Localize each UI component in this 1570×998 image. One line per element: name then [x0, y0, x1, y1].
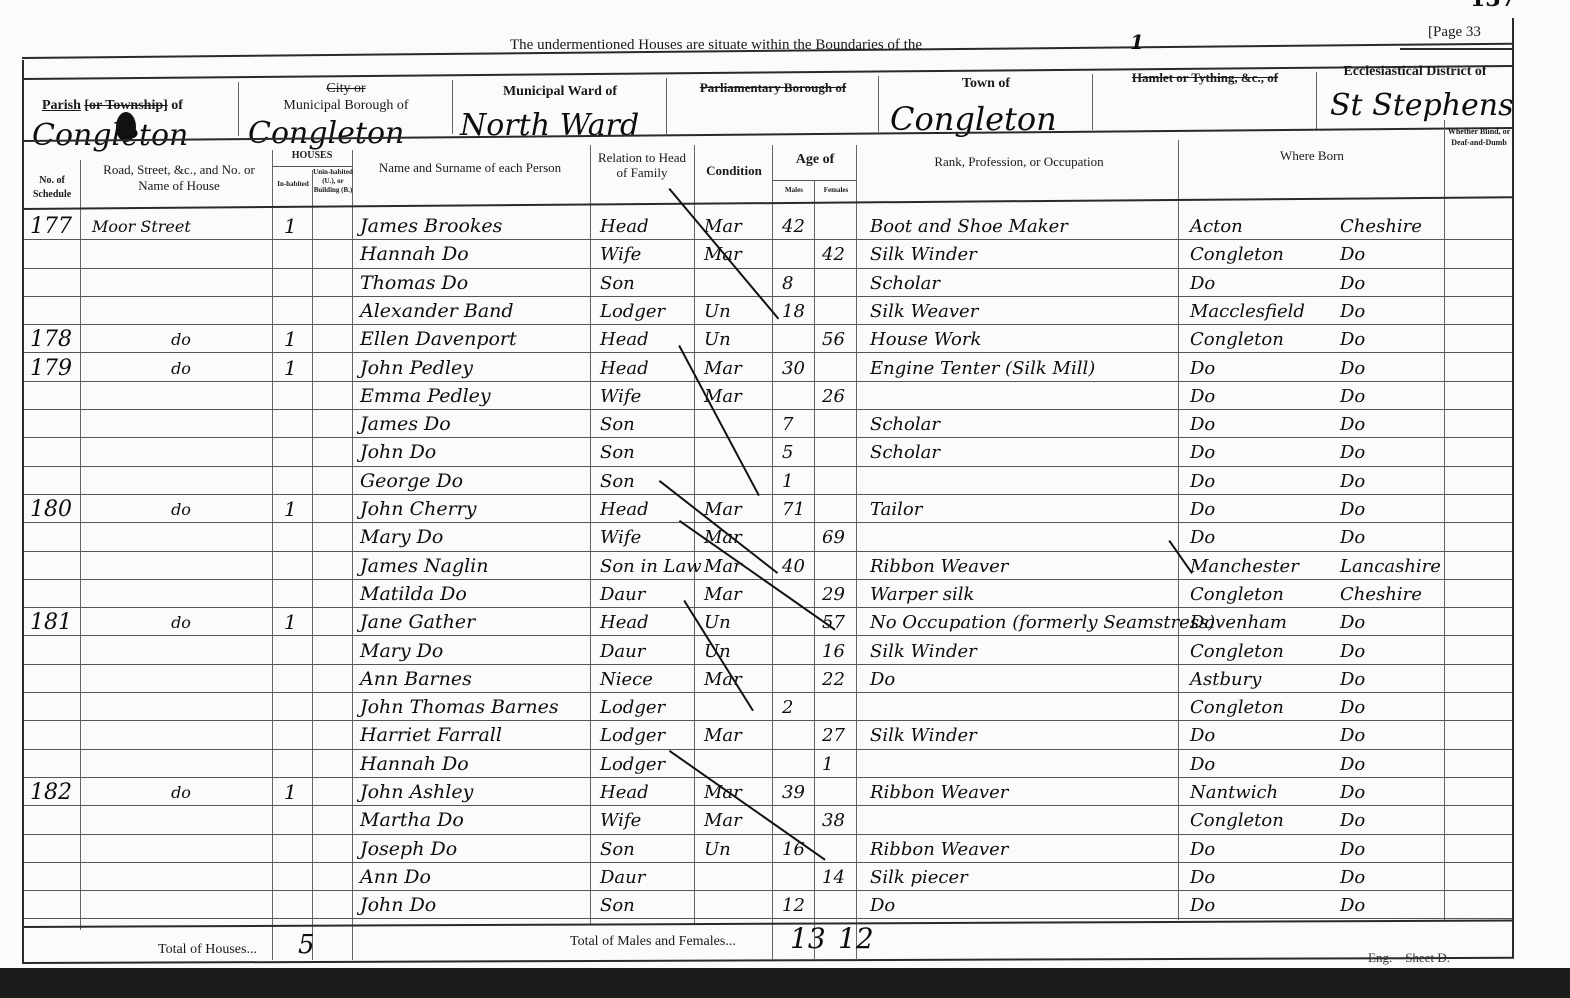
cell-relation: Head — [600, 496, 692, 523]
cell-born-place: Do — [1190, 751, 1340, 778]
cell-road — [92, 694, 270, 721]
cell-name: Jane Gather — [360, 609, 588, 636]
cell-condition: Un — [704, 609, 770, 636]
cell-inhabited — [284, 270, 310, 297]
row-rule — [24, 749, 1512, 750]
table-row: James DoSon7ScholarDoDo — [0, 411, 1570, 438]
cell-condition: Mar — [704, 355, 770, 382]
cell-female-age: 26 — [822, 383, 854, 410]
cell-occupation: Silk piecer — [870, 864, 1176, 891]
table-row: James NaglinSon in LawMar40Ribbon Weaver… — [0, 553, 1570, 580]
cell-born-place: Congleton — [1190, 241, 1340, 268]
row-rule — [24, 296, 1512, 297]
cell-inhabited — [284, 751, 310, 778]
cell-schedule — [30, 581, 80, 608]
cell-condition — [704, 892, 770, 919]
cell-name: Alexander Band — [360, 298, 588, 325]
cell-name: Ann Barnes — [360, 666, 588, 693]
cell-female-age — [822, 836, 854, 863]
cell-relation: Daur — [600, 638, 692, 665]
cell-relation: Head — [600, 609, 692, 636]
cell-inhabited — [284, 439, 310, 466]
cell-born-county: Do — [1340, 892, 1444, 919]
cell-female-age: 14 — [822, 864, 854, 891]
cell-schedule: 180 — [30, 496, 80, 523]
cell-condition: Mar — [704, 722, 770, 749]
table-row: 182do1John AshleyHeadMar39Ribbon WeaverN… — [0, 779, 1570, 806]
cell-born-place: Do — [1190, 524, 1340, 551]
total-persons-label: Total of Males and Females... — [570, 934, 736, 950]
cell-road: do — [92, 779, 270, 806]
cell-occupation: Silk Weaver — [870, 298, 1176, 325]
cell-road — [92, 439, 270, 466]
cell-born-county: Do — [1340, 383, 1444, 410]
cell-relation: Wife — [600, 807, 692, 834]
cell-born-place: Nantwich — [1190, 779, 1340, 806]
cell-inhabited — [284, 694, 310, 721]
cell-name: John Thomas Barnes — [360, 694, 588, 721]
cell-name: Thomas Do — [360, 270, 588, 297]
cell-born-county: Lancashire — [1340, 553, 1444, 580]
cell-road: do — [92, 355, 270, 382]
cell-born-place: Do — [1190, 468, 1340, 495]
cell-schedule — [30, 270, 80, 297]
col-age: Age of — [774, 152, 856, 168]
cell-male-age: 40 — [782, 553, 812, 580]
folio-number: 137 — [1470, 0, 1516, 12]
cell-condition: Mar — [704, 524, 770, 551]
table-row: Alexander BandLodgerUn18Silk WeaverMaccl… — [0, 298, 1570, 325]
table-row: Ann BarnesNieceMar22DoAstburyDo — [0, 666, 1570, 693]
row-rule — [24, 890, 1512, 891]
cell-condition: Un — [704, 836, 770, 863]
cell-schedule — [30, 751, 80, 778]
cell-schedule: 182 — [30, 779, 80, 806]
parliamentary-label: Parliamentary Borough of — [668, 80, 878, 96]
cell-female-age — [822, 779, 854, 806]
cell-born-county: Do — [1340, 326, 1444, 353]
parish-label-a: Parish — [42, 98, 81, 113]
cell-condition: Mar — [704, 213, 770, 240]
cell-relation: Son — [600, 270, 692, 297]
row-rule — [24, 834, 1512, 835]
cell-male-age — [782, 638, 812, 665]
cell-road — [92, 638, 270, 665]
cell-schedule — [30, 298, 80, 325]
cell-relation: Head — [600, 355, 692, 382]
cell-occupation — [870, 383, 1176, 410]
cell-born-place: Congleton — [1190, 581, 1340, 608]
cell-schedule — [30, 241, 80, 268]
parish-label-struck: [or Township] — [84, 98, 167, 113]
cell-born-county: Do — [1340, 836, 1444, 863]
row-rule — [24, 635, 1512, 636]
totals-rule — [22, 919, 1512, 928]
cell-relation: Daur — [600, 864, 692, 891]
cell-condition — [704, 411, 770, 438]
column-header-rule — [22, 196, 1512, 210]
cell-name: Harriet Farrall — [360, 722, 588, 749]
cell-inhabited: 1 — [284, 326, 310, 353]
cell-name: Emma Pedley — [360, 383, 588, 410]
cell-female-age: 38 — [822, 807, 854, 834]
cell-name: James Brookes — [360, 213, 588, 240]
col-blind: Whether Blind, or Deaf-and-Dumb — [1446, 126, 1512, 148]
cell-schedule — [30, 892, 80, 919]
row-rule — [24, 409, 1512, 410]
cell-female-age: 69 — [822, 524, 854, 551]
cell-name: Ann Do — [360, 864, 588, 891]
cell-condition — [704, 694, 770, 721]
cell-occupation: Ribbon Weaver — [870, 779, 1176, 806]
table-row: Harriet FarrallLodgerMar27Silk WinderDoD… — [0, 722, 1570, 749]
row-rule — [24, 607, 1512, 608]
table-row: John DoSon5ScholarDoDo — [0, 439, 1570, 466]
total-houses-value: 5 — [298, 930, 315, 960]
divider — [878, 76, 879, 132]
cell-schedule — [30, 468, 80, 495]
cell-road — [92, 666, 270, 693]
cell-occupation: Scholar — [870, 270, 1176, 297]
cell-born-county: Do — [1340, 241, 1444, 268]
cell-occupation: Silk Winder — [870, 638, 1176, 665]
row-rule — [24, 324, 1512, 325]
cell-born-county: Do — [1340, 411, 1444, 438]
cell-road — [92, 751, 270, 778]
cell-male-age: 8 — [782, 270, 812, 297]
page-label-underline — [1400, 48, 1512, 50]
row-rule — [24, 381, 1512, 382]
divider — [666, 78, 667, 134]
cell-condition: Mar — [704, 581, 770, 608]
row-rule — [24, 522, 1512, 523]
cell-female-age: 42 — [822, 241, 854, 268]
cell-male-age: 42 — [782, 213, 812, 240]
cell-born-place: Manchester — [1190, 553, 1340, 580]
cell-born-place: Congleton — [1190, 638, 1340, 665]
cell-occupation — [870, 694, 1176, 721]
cell-condition — [704, 751, 770, 778]
cell-name: John Cherry — [360, 496, 588, 523]
cell-born-place: Do — [1190, 864, 1340, 891]
cell-name: Mary Do — [360, 638, 588, 665]
cell-born-place: Congleton — [1190, 694, 1340, 721]
cell-female-age — [822, 553, 854, 580]
cell-occupation: Scholar — [870, 439, 1176, 466]
cell-inhabited — [284, 241, 310, 268]
cell-male-age: 7 — [782, 411, 812, 438]
cell-road: do — [92, 609, 270, 636]
cell-schedule — [30, 524, 80, 551]
cell-road — [92, 298, 270, 325]
cell-born-place: Do — [1190, 439, 1340, 466]
cell-name: Hannah Do — [360, 241, 588, 268]
form-footer: Eng.—Sheet D. — [1368, 950, 1450, 966]
page-title: The undermentioned Houses are situate wi… — [510, 37, 922, 54]
cell-inhabited: 1 — [284, 779, 310, 806]
schedule-mark: 1 — [1130, 30, 1144, 54]
cell-relation: Lodger — [600, 722, 692, 749]
cell-relation: Head — [600, 213, 692, 240]
cell-male-age: 12 — [782, 892, 812, 919]
town-label: Town of — [880, 76, 1092, 92]
cell-inhabited — [284, 411, 310, 438]
divider — [238, 82, 239, 136]
cell-born-place: Do — [1190, 836, 1340, 863]
cell-occupation: Boot and Shoe Maker — [870, 213, 1176, 240]
cell-inhabited — [284, 722, 310, 749]
cell-name: George Do — [360, 468, 588, 495]
cell-female-age — [822, 213, 854, 240]
cell-road: Moor Street — [92, 213, 270, 240]
cell-female-age — [822, 694, 854, 721]
cell-name: Hannah Do — [360, 751, 588, 778]
table-row: John Thomas BarnesLodger2CongletonDo — [0, 694, 1570, 721]
cell-road — [92, 468, 270, 495]
cell-road — [92, 411, 270, 438]
col-males: Males — [774, 186, 814, 194]
col-occupation: Rank, Profession, or Occupation — [860, 154, 1178, 170]
cell-road — [92, 892, 270, 919]
cell-born-county: Do — [1340, 638, 1444, 665]
row-rule — [24, 466, 1512, 467]
table-row: 177Moor Street1James BrookesHeadMar42Boo… — [0, 213, 1570, 240]
cell-born-county: Do — [1340, 468, 1444, 495]
cell-condition: Mar — [704, 241, 770, 268]
cell-inhabited: 1 — [284, 213, 310, 240]
ink-blot — [116, 112, 136, 142]
table-row: Ann DoDaur14Silk piecerDoDo — [0, 864, 1570, 891]
row-rule — [24, 862, 1512, 863]
cell-occupation — [870, 751, 1176, 778]
hamlet-label: Hamlet or Tything, &c., of — [1094, 70, 1316, 86]
cell-born-county: Do — [1340, 609, 1444, 636]
cell-male-age: 2 — [782, 694, 812, 721]
cell-condition: Mar — [704, 807, 770, 834]
cell-born-county: Do — [1340, 807, 1444, 834]
borough-label: City or Municipal Borough of — [240, 80, 452, 114]
cell-name: John Pedley — [360, 355, 588, 382]
cell-born-county: Do — [1340, 694, 1444, 721]
cell-condition — [704, 270, 770, 297]
cell-male-age — [782, 609, 812, 636]
cell-relation: Wife — [600, 524, 692, 551]
row-rule — [24, 437, 1512, 438]
cell-occupation: Tailor — [870, 496, 1176, 523]
cell-schedule — [30, 439, 80, 466]
row-rule — [24, 720, 1512, 721]
table-row: 181do1Jane GatherHeadUn57No Occupation (… — [0, 609, 1570, 636]
cell-inhabited — [284, 298, 310, 325]
cell-female-age — [822, 496, 854, 523]
cell-female-age — [822, 411, 854, 438]
cell-name: Ellen Davenport — [360, 326, 588, 353]
row-rule — [24, 777, 1512, 778]
table-row: 179do1John PedleyHeadMar30Engine Tenter … — [0, 355, 1570, 382]
cell-schedule — [30, 694, 80, 721]
cell-schedule: 177 — [30, 213, 80, 240]
cell-road — [92, 524, 270, 551]
parish-value: Congleton — [32, 118, 188, 153]
cell-relation: Son — [600, 439, 692, 466]
cell-occupation: Ribbon Weaver — [870, 553, 1176, 580]
cell-born-place: Acton — [1190, 213, 1340, 240]
cell-female-age — [822, 355, 854, 382]
table-row: Mary DoWifeMar69DoDo — [0, 524, 1570, 551]
cell-relation: Daur — [600, 581, 692, 608]
col-houses: HOUSES — [272, 150, 352, 161]
cell-born-place: Do — [1190, 722, 1340, 749]
cell-relation: Son — [600, 892, 692, 919]
cell-inhabited: 1 — [284, 609, 310, 636]
cell-condition: Mar — [704, 496, 770, 523]
cell-born-place: Congleton — [1190, 326, 1340, 353]
cell-born-place: Do — [1190, 496, 1340, 523]
cell-female-age — [822, 439, 854, 466]
houses-rule — [272, 166, 352, 167]
borough-label-text: Municipal Borough of — [240, 97, 452, 114]
cell-female-age — [822, 892, 854, 919]
cell-relation: Niece — [600, 666, 692, 693]
col-females: Females — [815, 186, 857, 194]
cell-inhabited — [284, 524, 310, 551]
row-rule — [24, 494, 1512, 495]
row-rule — [24, 551, 1512, 552]
cell-born-place: Macclesfield — [1190, 298, 1340, 325]
col-inhabited: In-habited — [274, 180, 312, 189]
cell-schedule: 179 — [30, 355, 80, 382]
row-rule — [24, 579, 1512, 580]
cell-relation: Wife — [600, 241, 692, 268]
parish-label: Parish [or Township] of — [42, 98, 183, 114]
cell-relation: Head — [600, 326, 692, 353]
cell-inhabited — [284, 836, 310, 863]
cell-born-place: Astbury — [1190, 666, 1340, 693]
cell-occupation — [870, 468, 1176, 495]
cell-schedule — [30, 411, 80, 438]
col-relation: Relation to Head of Family — [596, 150, 688, 180]
divider — [452, 80, 453, 134]
cell-inhabited — [284, 553, 310, 580]
cell-born-county: Do — [1340, 270, 1444, 297]
total-houses-label: Total of Houses... — [158, 942, 257, 958]
cell-male-age — [782, 807, 812, 834]
cell-occupation: Engine Tenter (Silk Mill) — [870, 355, 1176, 382]
cell-occupation: Do — [870, 892, 1176, 919]
cell-occupation: No Occupation (formerly Seamstress) — [870, 609, 1176, 636]
cell-born-county: Do — [1340, 864, 1444, 891]
age-rule — [772, 180, 856, 181]
cell-road — [92, 383, 270, 410]
cell-occupation: Scholar — [870, 411, 1176, 438]
cell-name: John Do — [360, 892, 588, 919]
cell-inhabited — [284, 666, 310, 693]
cell-condition: Un — [704, 298, 770, 325]
table-row: Mary DoDaurUn16Silk WinderCongletonDo — [0, 638, 1570, 665]
cell-male-age: 5 — [782, 439, 812, 466]
cell-condition — [704, 468, 770, 495]
cell-condition — [704, 864, 770, 891]
cell-female-age: 56 — [822, 326, 854, 353]
col-born: Where Born — [1180, 148, 1444, 164]
cell-female-age — [822, 468, 854, 495]
cell-schedule: 178 — [30, 326, 80, 353]
cell-male-age: 18 — [782, 298, 812, 325]
cell-born-county: Do — [1340, 751, 1444, 778]
cell-female-age: 22 — [822, 666, 854, 693]
row-rule — [24, 239, 1512, 240]
cell-schedule: 181 — [30, 609, 80, 636]
borough-label-struck: City or — [240, 80, 452, 97]
row-rule — [24, 268, 1512, 269]
row-rule — [24, 664, 1512, 665]
cell-born-place: Do — [1190, 270, 1340, 297]
col-schedule: No. of Schedule — [24, 174, 80, 202]
cell-schedule — [30, 383, 80, 410]
scan-edge — [0, 968, 1570, 998]
divider — [1316, 72, 1317, 130]
cell-condition: Un — [704, 326, 770, 353]
cell-male-age — [782, 666, 812, 693]
cell-born-county: Cheshire — [1340, 581, 1444, 608]
cell-male-age: 39 — [782, 779, 812, 806]
total-females-value: 12 — [838, 922, 874, 955]
cell-relation: Lodger — [600, 298, 692, 325]
cell-relation: Son — [600, 836, 692, 863]
table-row: John DoSon12DoDoDo — [0, 892, 1570, 919]
cell-schedule — [30, 553, 80, 580]
cell-inhabited — [284, 638, 310, 665]
cell-born-county: Do — [1340, 722, 1444, 749]
cell-schedule — [30, 836, 80, 863]
cell-occupation: Silk Winder — [870, 241, 1176, 268]
cell-relation: Lodger — [600, 694, 692, 721]
cell-born-place: Do — [1190, 411, 1340, 438]
row-rule — [24, 352, 1512, 353]
row-rule — [24, 918, 1512, 919]
cell-male-age — [782, 383, 812, 410]
cell-male-age: 1 — [782, 468, 812, 495]
cell-road — [92, 836, 270, 863]
cell-relation: Son — [600, 411, 692, 438]
cell-condition: Mar — [704, 666, 770, 693]
cell-female-age: 29 — [822, 581, 854, 608]
row-rule — [24, 805, 1512, 806]
cell-inhabited: 1 — [284, 496, 310, 523]
cell-occupation: Silk Winder — [870, 722, 1176, 749]
cell-name: Matilda Do — [360, 581, 588, 608]
cell-relation: Wife — [600, 383, 692, 410]
cell-inhabited — [284, 468, 310, 495]
page-label: [Page 33 — [1428, 24, 1481, 41]
cell-name: John Do — [360, 439, 588, 466]
cell-occupation: Warper silk — [870, 581, 1176, 608]
cell-born-county: Do — [1340, 524, 1444, 551]
cell-born-place: Do — [1190, 383, 1340, 410]
cell-female-age: 1 — [822, 751, 854, 778]
divider — [1092, 74, 1093, 130]
cell-male-age: 30 — [782, 355, 812, 382]
cell-schedule — [30, 638, 80, 665]
cell-born-county: Do — [1340, 355, 1444, 382]
cell-male-age — [782, 864, 812, 891]
cell-inhabited: 1 — [284, 355, 310, 382]
cell-female-age — [822, 298, 854, 325]
cell-occupation: House Work — [870, 326, 1176, 353]
parish-label-b: of — [171, 98, 183, 113]
cell-born-county: Do — [1340, 779, 1444, 806]
cell-road: do — [92, 496, 270, 523]
